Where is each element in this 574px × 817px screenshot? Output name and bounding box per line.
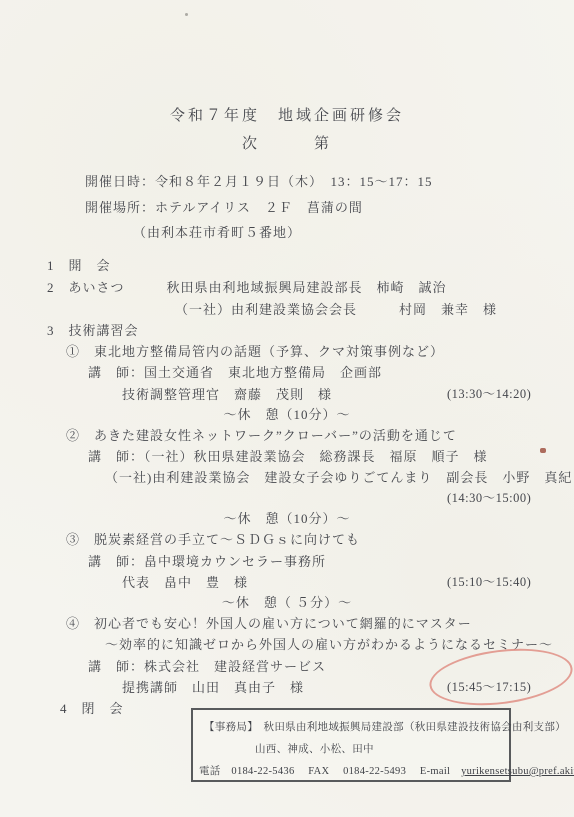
agenda-seminar-heading: 3 技術講習会 <box>47 320 139 339</box>
contact-tel-fax: 電話 0184-22-5436 FAX 0184-22-5493 E-mail <box>199 766 461 777</box>
session-3-title: ③ 脱炭素経営の手立て～ＳＤＧｓに向けても <box>66 529 360 548</box>
session-1-title: ① 東北地方整備局管内の話題（予算、クマ対策事例など） <box>66 341 444 360</box>
session-3-lecturer-org: 講 師：畠中環境カウンセラー事務所 <box>88 551 326 570</box>
session-4-lecturer-org: 講 師：株式会社 建設経営サービス <box>88 656 326 675</box>
session-1-lecturer-org: 講 師：国土交通省 東北地方整備局 企画部 <box>88 362 382 381</box>
red-ink-speck <box>540 448 546 453</box>
break-3: ～休 憩（ ５分）～ <box>0 592 574 611</box>
greeting-heading: 2 あいさつ <box>47 280 125 295</box>
page-subtitle: 次 第 <box>0 132 574 153</box>
session-2-lecturer-2: （一社)由利建設業協会 建設女子会ゆりごてんまり 副会長 小野 真紀 様 <box>105 467 574 486</box>
agenda-closing: 4 閉 会 <box>60 698 124 717</box>
secretariat-members: 山西、神成、小松、田中 <box>255 741 374 756</box>
break-1: ～休 憩（10分）～ <box>0 404 574 423</box>
agenda-opening: 1 開 会 <box>47 255 111 274</box>
paper-speck <box>185 13 188 16</box>
event-place: 開催場所：ホテルアイリス ２Ｆ 菖蒲の間 <box>85 197 363 216</box>
greeting-speaker-1-name: 秋田県由利地域振興局建設部長 柿崎 誠治 <box>167 280 447 295</box>
session-4-title: ④ 初心者でも安心！外国人の雇い方について網羅的にマスター <box>66 613 472 632</box>
secretariat-box: 【事務局】 秋田県由利地域振興局建設部（秋田県建設技術協会由利支部） 山西、神成… <box>191 708 511 782</box>
session-2-lecturer-1: 講 師：（一社）秋田県建設業協会 総務課長 福原 順子 様 <box>88 446 488 465</box>
greeting-speaker-2: （一社）由利建設業協会会長 村岡 兼幸 様 <box>175 299 497 318</box>
session-3-lecturer-name: 代表 畠中 豊 様 <box>122 572 248 591</box>
event-address: （由利本荘市肴町５番地） <box>133 222 301 241</box>
page-title: 令和７年度 地域企画研修会 <box>0 104 574 125</box>
contact-email: yurikensetsubu@pref.akita.lg.jp <box>461 766 574 777</box>
secretariat-org: 【事務局】 秋田県由利地域振興局建設部（秋田県建設技術協会由利支部） <box>204 719 566 734</box>
session-4-subtitle: ～効率的に知識ゼロから外国人の雇い方がわかるようになるセミナー～ <box>105 634 553 653</box>
event-datetime: 開催日時：令和８年２月１９日（木） 13：15～17：15 <box>85 171 433 190</box>
break-2: ～休 憩（10分）～ <box>0 508 574 527</box>
session-1-time: (13:30～14:20) <box>447 384 531 402</box>
greeting-speaker-1 <box>125 280 167 295</box>
session-3-time: (15:10～15:40) <box>447 572 531 590</box>
secretariat-contact: 電話 0184-22-5436 FAX 0184-22-5493 E-mail … <box>199 763 574 778</box>
session-4-lecturer-name: 提携講師 山田 真由子 様 <box>122 677 304 696</box>
session-1-lecturer-name: 技術調整管理官 齋藤 茂則 様 <box>122 384 332 403</box>
session-2-time: (14:30～15:00) <box>447 488 531 506</box>
scanned-agenda-document: 令和７年度 地域企画研修会 次 第 開催日時：令和８年２月１９日（木） 13：1… <box>0 0 574 817</box>
session-2-title: ② あきた建設女性ネットワーク”クローバー”の活動を通じて <box>66 425 457 444</box>
agenda-greeting: 2 あいさつ 秋田県由利地域振興局建設部長 柿崎 誠治 <box>47 277 447 296</box>
